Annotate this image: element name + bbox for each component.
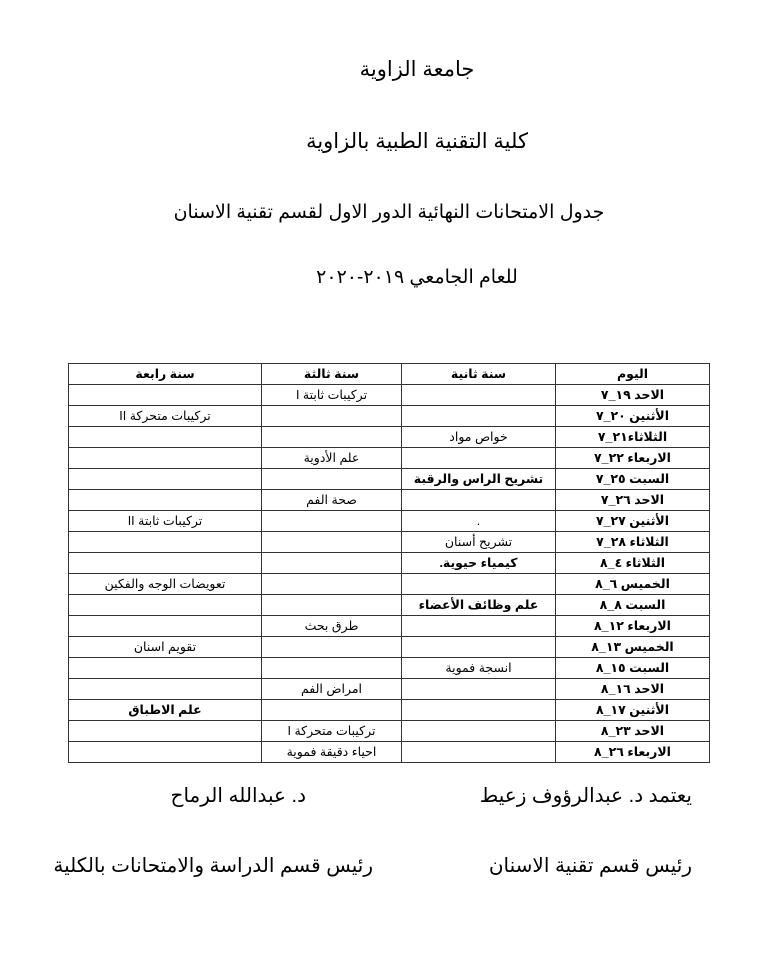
cell-year3: طرق بحث bbox=[262, 616, 402, 637]
approver-role-1: رئيس قسم تقنية الاسنان bbox=[489, 853, 692, 879]
cell-year2 bbox=[402, 385, 556, 406]
cell-year4: تقويم اسنان bbox=[69, 637, 262, 658]
cell-year3: تركيبات ثابتة I bbox=[262, 385, 402, 406]
table-row: الاربعاء ٢٦_٨ احياء دقيقة فموية bbox=[69, 742, 710, 763]
cell-year3 bbox=[262, 700, 402, 721]
cell-year2 bbox=[402, 490, 556, 511]
cell-day: الاحد ١٦_٨ bbox=[556, 679, 710, 700]
cell-day: السبت ٢٥_٧ bbox=[556, 469, 710, 490]
cell-year4 bbox=[69, 532, 262, 553]
cell-year2: علم وظائف الأعضاء bbox=[402, 595, 556, 616]
cell-year3 bbox=[262, 511, 402, 532]
cell-year2: تشريح أسنان bbox=[402, 532, 556, 553]
cell-year3: علم الأدوية bbox=[262, 448, 402, 469]
cell-year4 bbox=[69, 553, 262, 574]
header-year3: سنة ثالثة bbox=[262, 364, 402, 385]
cell-year2 bbox=[402, 742, 556, 763]
cell-year4 bbox=[69, 385, 262, 406]
cell-day: الاحد ٢٣_٨ bbox=[556, 721, 710, 742]
table-row: الثلاثاء٢١_٧ خواص مواد bbox=[69, 427, 710, 448]
cell-year2 bbox=[402, 574, 556, 595]
cell-day: الاحد ٢٦_٧ bbox=[556, 490, 710, 511]
cell-year2 bbox=[402, 721, 556, 742]
cell-year4 bbox=[69, 616, 262, 637]
cell-year4 bbox=[69, 490, 262, 511]
cell-year3 bbox=[262, 574, 402, 595]
exam-schedule-table: اليوم سنة ثانية سنة ثالثة سنة رابعة الاح… bbox=[68, 363, 710, 763]
cell-year2 bbox=[402, 448, 556, 469]
cell-day: الثلاثاء٢١_٧ bbox=[556, 427, 710, 448]
table-row: الثلاثاء ٢٨_٧ تشريح أسنان bbox=[69, 532, 710, 553]
cell-year3 bbox=[262, 406, 402, 427]
approver-name-1: يعتمد د. عبدالرؤوف زعيط bbox=[480, 783, 692, 809]
cell-day: الخميس ١٣_٨ bbox=[556, 637, 710, 658]
table-row: الأثنين ٢٠_٧ تركيبات متحركة II bbox=[69, 406, 710, 427]
table-header-row: اليوم سنة ثانية سنة ثالثة سنة رابعة bbox=[69, 364, 710, 385]
cell-year3: احياء دقيقة فموية bbox=[262, 742, 402, 763]
cell-year3 bbox=[262, 532, 402, 553]
cell-day: الأثنين ٢٧_٧ bbox=[556, 511, 710, 532]
cell-year4 bbox=[69, 721, 262, 742]
cell-day: الثلاثاء ٤_٨ bbox=[556, 553, 710, 574]
cell-year4 bbox=[69, 658, 262, 679]
table-row: السبت ٢٥_٧ تشريح الراس والرقبة bbox=[69, 469, 710, 490]
cell-day: الاربعاء ٢٢_٧ bbox=[556, 448, 710, 469]
cell-year2: . bbox=[402, 511, 556, 532]
cell-year3: صحة الفم bbox=[262, 490, 402, 511]
university-name: جامعة الزاوية bbox=[0, 56, 778, 84]
table-row: السبت ١٥_٨ انسجة فموية bbox=[69, 658, 710, 679]
cell-year2 bbox=[402, 616, 556, 637]
cell-year2: خواص مواد bbox=[402, 427, 556, 448]
cell-day: الثلاثاء ٢٨_٧ bbox=[556, 532, 710, 553]
cell-day: الأثنين ٢٠_٧ bbox=[556, 406, 710, 427]
table-row: الأثنين ٢٧_٧ . تركيبات ثابتة II bbox=[69, 511, 710, 532]
academic-year: للعام الجامعي ٢٠١٩-٢٠٢٠ bbox=[0, 264, 778, 292]
cell-year4: تركيبات ثابتة II bbox=[69, 511, 262, 532]
table-row: الاحد ٢٦_٧ صحة الفم bbox=[69, 490, 710, 511]
cell-year3 bbox=[262, 658, 402, 679]
header-day: اليوم bbox=[556, 364, 710, 385]
header-year2: سنة ثانية bbox=[402, 364, 556, 385]
cell-year3: امراض الفم bbox=[262, 679, 402, 700]
cell-year4 bbox=[69, 427, 262, 448]
cell-day: الأثنين ١٧_٨ bbox=[556, 700, 710, 721]
cell-year4: علم الاطباق bbox=[69, 700, 262, 721]
cell-year2 bbox=[402, 637, 556, 658]
table-row: الخميس ٦_٨ تعويضات الوجه والفكين bbox=[69, 574, 710, 595]
approver-name-2: د. عبدالله الرماح bbox=[171, 783, 306, 809]
cell-day: السبت ٨_٨ bbox=[556, 595, 710, 616]
cell-day: الاربعاء ١٢_٨ bbox=[556, 616, 710, 637]
cell-day: الاحد ١٩_٧ bbox=[556, 385, 710, 406]
cell-year2: تشريح الراس والرقبة bbox=[402, 469, 556, 490]
cell-year2 bbox=[402, 700, 556, 721]
cell-day: السبت ١٥_٨ bbox=[556, 658, 710, 679]
cell-year2 bbox=[402, 679, 556, 700]
cell-year3: تركيبات متحركة I bbox=[262, 721, 402, 742]
cell-year4: تركيبات متحركة II bbox=[69, 406, 262, 427]
table-row: الاربعاء ٢٢_٧ علم الأدوية bbox=[69, 448, 710, 469]
cell-year2 bbox=[402, 406, 556, 427]
table-row: الأثنين ١٧_٨ علم الاطباق bbox=[69, 700, 710, 721]
faculty-name: كلية التقنية الطبية بالزاوية bbox=[0, 128, 778, 156]
cell-day: الاربعاء ٢٦_٨ bbox=[556, 742, 710, 763]
cell-year2: كيمياء حيوية. bbox=[402, 553, 556, 574]
approver-role-2: رئيس قسم الدراسة والامتحانات بالكلية bbox=[53, 853, 373, 879]
header-year4: سنة رابعة bbox=[69, 364, 262, 385]
cell-year4 bbox=[69, 742, 262, 763]
table-row: الخميس ١٣_٨ تقويم اسنان bbox=[69, 637, 710, 658]
cell-year4 bbox=[69, 595, 262, 616]
table-row: السبت ٨_٨ علم وظائف الأعضاء bbox=[69, 595, 710, 616]
cell-year2: انسجة فموية bbox=[402, 658, 556, 679]
table-row: الاحد ٢٣_٨ تركيبات متحركة I bbox=[69, 721, 710, 742]
cell-year3 bbox=[262, 427, 402, 448]
cell-year3 bbox=[262, 595, 402, 616]
cell-year3 bbox=[262, 553, 402, 574]
cell-year4: تعويضات الوجه والفكين bbox=[69, 574, 262, 595]
table-row: الاحد ١٦_٨ امراض الفم bbox=[69, 679, 710, 700]
cell-year3 bbox=[262, 469, 402, 490]
cell-year4 bbox=[69, 448, 262, 469]
cell-year3 bbox=[262, 637, 402, 658]
schedule-title: جدول الامتحانات النهائية الدور الاول لقس… bbox=[0, 199, 778, 227]
cell-day: الخميس ٦_٨ bbox=[556, 574, 710, 595]
table-row: الاحد ١٩_٧ تركيبات ثابتة I bbox=[69, 385, 710, 406]
cell-year4 bbox=[69, 469, 262, 490]
cell-year4 bbox=[69, 679, 262, 700]
table-row: الثلاثاء ٤_٨ كيمياء حيوية. bbox=[69, 553, 710, 574]
table-row: الاربعاء ١٢_٨ طرق بحث bbox=[69, 616, 710, 637]
